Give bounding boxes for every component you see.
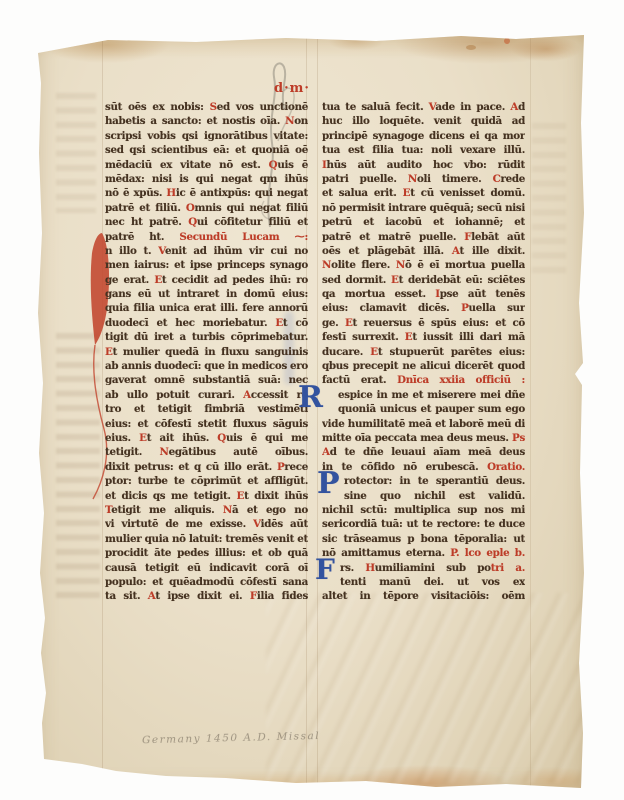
- text-line: men iairus: et ipse princeps synago: [105, 258, 308, 272]
- text-line: gans eū ut intraret in domū eius:: [105, 287, 308, 301]
- text-line: patrē et filiū. Omnis qui negat filiū: [105, 201, 308, 215]
- text-line: sericordiā tuā: ut te rectore: te duce: [322, 517, 525, 531]
- text-line: patrē ht. Secundū Lucam ⁓:: [105, 230, 308, 244]
- text-line: espice in me et miserere mei dñe: [322, 388, 525, 402]
- text-line: mulier quia nō latuit: tremēs venit et: [105, 532, 308, 546]
- text-line: eius. Et ait ihūs. Quis ē qui me: [105, 431, 308, 445]
- text-line: mēdaciū ex vitate nō est. Quis ē: [105, 158, 308, 172]
- text-line: vi virtutē de me exisse. Vidēs aūt: [105, 517, 308, 531]
- showthrough-right-margin: [532, 123, 566, 273]
- text-line: nichil sctū: multiplica sup nos mi: [322, 503, 525, 517]
- text-column-right: tua te saluā fecit. Vade in pace. Adhuc …: [322, 100, 525, 604]
- text-line: tua est filia tua: noli vexare illū.: [322, 143, 525, 157]
- text-line: in te cōfido nō erubescā. Oratio.: [322, 460, 525, 474]
- blue-initial-F: F: [315, 556, 335, 584]
- text-line: eius: et cōfestī stetit fluxus sāguis: [105, 417, 308, 431]
- text-line: dixit petrus: et q cū illo erāt. Prece: [105, 460, 308, 474]
- text-line: tigit dū iret a turbis cōprimebatur.: [105, 330, 308, 344]
- text-line: altet in tēpore visitaciōis: oēm: [322, 589, 525, 603]
- text-line: quia filia unica erat illi. fere annorū: [105, 301, 308, 315]
- text-line: procidit āte pedes illius: et ob quā: [105, 546, 308, 560]
- text-line: tro et tetigit fimbriā vestimēti: [105, 402, 308, 416]
- blue-initial-P: P: [317, 469, 340, 499]
- text-line: tua te saluā fecit. Vade in pace. Ad: [322, 100, 525, 114]
- text-line: nō ē xpūs. Hic ē antixpūs: qui negat: [105, 186, 308, 200]
- text-line: tetigit. Negātibus autē oībus.: [105, 445, 308, 459]
- text-line: qa mortua esset. Ipse aūt tenēs manū: [322, 287, 525, 301]
- text-line: ge. Et reuersus ē spūs eius: et cō: [322, 316, 525, 330]
- stain-dot: [466, 45, 476, 50]
- text-line: Ad te dñe leuaui aīam meā deus meus: [322, 445, 525, 459]
- text-line: huc illo loquēte. venit quidā ad: [322, 114, 525, 128]
- text-line: ta sit. At ipse dixit ei. Filia fides: [105, 589, 308, 603]
- text-line: Ihūs aūt audito hoc vbo: rūdit: [322, 158, 525, 172]
- text-line: patrē et matrē puelle. Flebāt aūt: [322, 230, 525, 244]
- showthrough-left-top: [56, 93, 96, 213]
- text-column-left: sūt oēs ex nobis: Sed vos unctionēhabeti…: [105, 100, 308, 604]
- text-line: nec ht patrē. Qui cōfitetur filiū et: [105, 215, 308, 229]
- text-line: petrū et iacobū et iohannē; et: [322, 215, 525, 229]
- parchment-cockling: [266, 593, 586, 783]
- text-line: nō permisit intrare quēquā; secū nisi: [322, 201, 525, 215]
- text-line: nō amittamus eterna. P. lco eple b. Pe: [322, 546, 525, 560]
- text-line: mēdax: nisi is qui negat qm ihūs: [105, 172, 308, 186]
- text-line: patri puelle. Noli timere. Crede tantū:: [322, 172, 525, 186]
- text-line: qbus precepit ne alicui dicerēt quod: [322, 359, 525, 373]
- text-line: duodecī et hec moriebatur. Et cō: [105, 316, 308, 330]
- text-line: sed qsi scientibus eā: et quoniā oē: [105, 143, 308, 157]
- text-line: rotector: in te sperantiū deus.: [322, 474, 525, 488]
- text-line: ducare. Et stupuerūt parētes eius:: [322, 345, 525, 359]
- text-line: Et mulier quedā in fluxu sanguinis: [105, 345, 308, 359]
- text-line: vide humilitatē meā et laborē meū di: [322, 417, 525, 431]
- text-line: quoniā unicus et pauper sum ego: [322, 402, 525, 416]
- text-line: habetis a sancto: et nostis oīa. Non: [105, 114, 308, 128]
- text-line: gaverat omnē substantiā suā: nec: [105, 373, 308, 387]
- text-line: mitte oīa peccata mea deus meus. Ps: [322, 431, 525, 445]
- text-line: et salua erit. Et cū venisset domū.: [322, 186, 525, 200]
- folio-mark: d·m·: [274, 81, 310, 96]
- text-line: Nolite flere. Nō ē eī mortua puella: [322, 258, 525, 272]
- text-line: factū erat. Dnīca xxiia officiū :: [322, 373, 525, 387]
- text-line: ab ullo potuit curari. Accessit re: [105, 388, 308, 402]
- photo-backdrop: d·m· sūt oēs ex nobis: Sed vos unctionēh…: [0, 0, 624, 800]
- text-line: tenti manū dei. ut vos ex: [322, 575, 525, 589]
- text-line: eius: clamavit dicēs. Puella sur: [322, 301, 525, 315]
- blue-initial-R: R: [298, 383, 323, 413]
- text-line: festī surrexit. Et iussit illi dari mā: [322, 330, 525, 344]
- text-line: rs. Humiliamini sub potri a.: [322, 561, 525, 575]
- text-line: scripsi vobis qsi ignorātibus vitate:: [105, 129, 308, 143]
- text-line: sic trāseamus p bona tēporalia: ut: [322, 532, 525, 546]
- text-line: ptor: turbe te cōprimūt et affligūt.: [105, 474, 308, 488]
- stain-dot: [504, 38, 510, 44]
- text-line: sine quo nichil est validū.: [322, 489, 525, 503]
- text-line: principē synagoge dicens ei qa mor: [322, 129, 525, 143]
- text-line: oēs et plāgebāt illā. At ille dixit.: [322, 244, 525, 258]
- text-line: sūt oēs ex nobis: Sed vos unctionē: [105, 100, 308, 114]
- manuscript-leaf: d·m· sūt oēs ex nobis: Sed vos unctionēh…: [36, 33, 586, 790]
- text-line: ge erat. Et cecidit ad pedes ihū: ro: [105, 273, 308, 287]
- text-line: et dicis qs me tetigit. Et dixit ihūs: [105, 489, 308, 503]
- text-line: sed dormit. Et deridebāt eū: sciētes: [322, 273, 525, 287]
- text-line: causā tetigit eū indicavit corā oī: [105, 561, 308, 575]
- text-line: populo: et quēadmodū cōfestī sana: [105, 575, 308, 589]
- text-line: n illo t. Venit ad ihūm vir cui no: [105, 244, 308, 258]
- text-line: Tetigit me aliquis. Nā et ego no: [105, 503, 308, 517]
- text-line: ab annis duodecī: que in medicos ero: [105, 359, 308, 373]
